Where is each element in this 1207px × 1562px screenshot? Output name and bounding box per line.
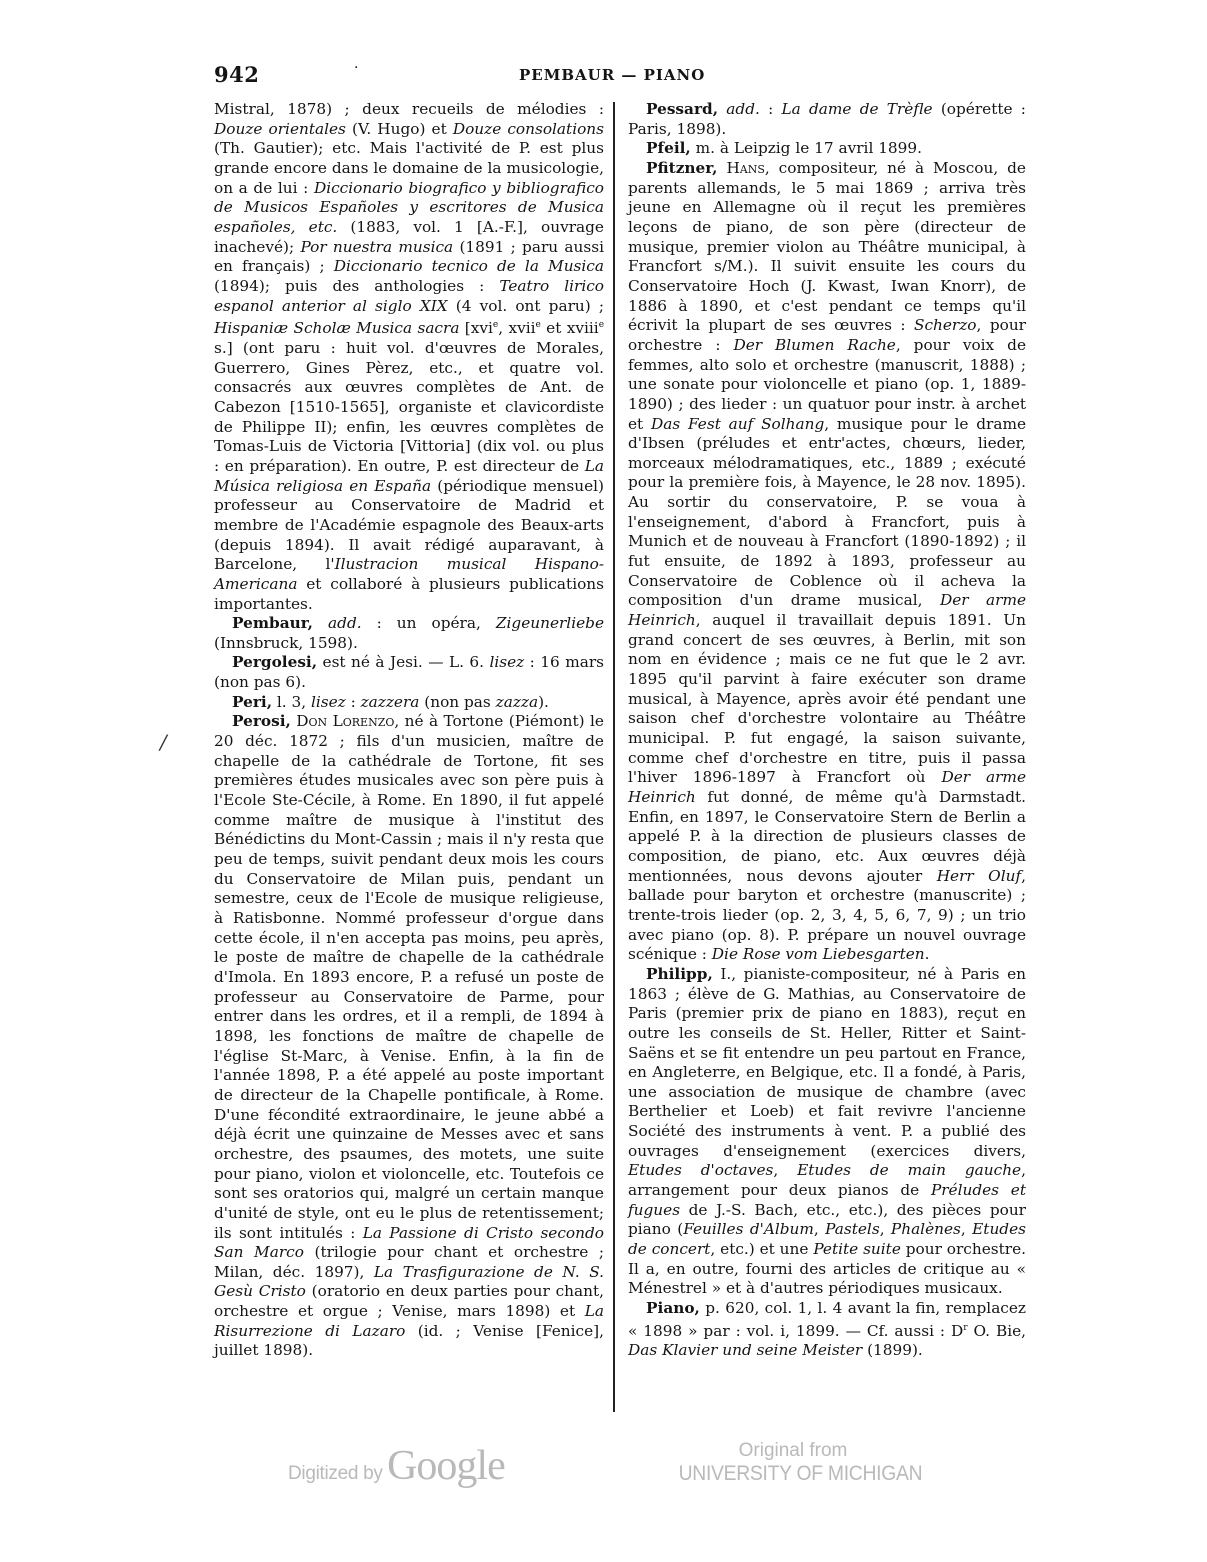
entry-pembaur: Pembaur, add. : un opéra, Zigeunerliebe … bbox=[214, 614, 604, 653]
google-logo-text: Google bbox=[387, 1443, 505, 1489]
entry-piano: Piano, p. 620, col. 1, l. 4 avant la fin… bbox=[628, 1299, 1026, 1361]
original-from: Original from UNIVERSITY OF MICHIGAN bbox=[668, 1440, 918, 1486]
running-head: PEMBAUR — PIANO bbox=[519, 66, 705, 84]
page-number: 942 bbox=[214, 62, 259, 87]
digitized-prefix: Digitized by bbox=[288, 1463, 383, 1484]
left-column: Mistral, 1878) ; deux recueils de mélodi… bbox=[214, 100, 604, 1361]
entry-perosi: Perosi, Don Lorenzo, né à Tortone (Piémo… bbox=[214, 712, 604, 1361]
digitized-by-google: Digitized by Google bbox=[288, 1442, 505, 1490]
entry-pergolesi: Pergolesi, est né à Jesi. — L. 6. lisez … bbox=[214, 653, 604, 692]
university-name: UNIVERSITY OF MICHIGAN bbox=[679, 1462, 923, 1486]
page-header: 942 · PEMBAUR — PIANO bbox=[214, 62, 1026, 92]
original-from-label: Original from bbox=[668, 1440, 918, 1462]
header-dot: · bbox=[354, 60, 358, 76]
footer-watermark: Digitized by Google Original from UNIVER… bbox=[0, 1430, 1207, 1500]
margin-mark: / bbox=[160, 730, 167, 754]
entry-philipp: Philipp, I., pianiste-compositeur, né à … bbox=[628, 965, 1026, 1299]
column-divider bbox=[613, 102, 615, 1412]
entry-peri: Peri, l. 3, lisez : zazzera (non pas zaz… bbox=[214, 693, 604, 713]
entry-pfitzner: Pfitzner, Hans, compositeur, né à Moscou… bbox=[628, 159, 1026, 965]
right-column: Pessard, add. : La dame de Trèfle (opére… bbox=[628, 100, 1026, 1361]
entry-pfeil: Pfeil, m. à Leipzig le 17 avril 1899. bbox=[628, 139, 1026, 159]
entry-pessard: Pessard, add. : La dame de Trèfle (opére… bbox=[628, 100, 1026, 139]
entry-continuation: Mistral, 1878) ; deux recueils de mélodi… bbox=[214, 100, 604, 614]
